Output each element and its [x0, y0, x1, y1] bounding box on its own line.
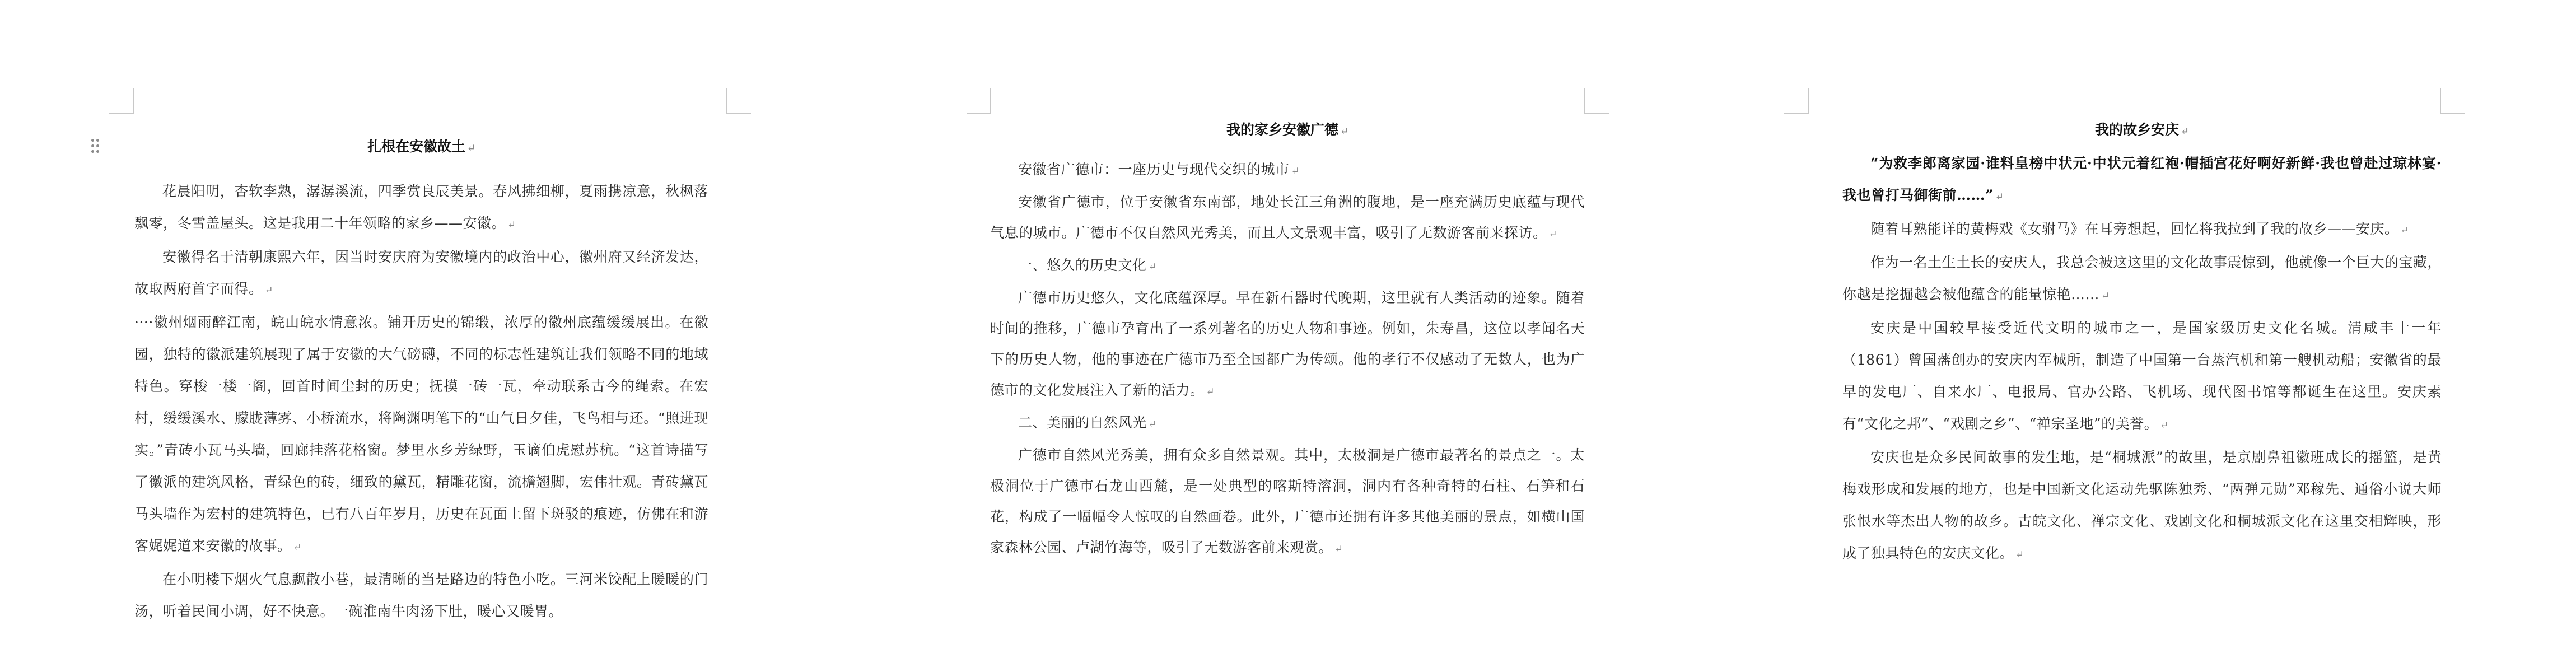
paragraph[interactable]: 安庆也是众多民间故事的发生地，是“桐城派”的故里，是京剧鼻祖徽班成长的摇篮，是黄… [1842, 441, 2442, 571]
paragraph-text: 在小明楼下烟火气息飘散小巷，最清晰的当是路边的特色小吃。三河米饺配上暖暖的门汤，… [134, 571, 708, 619]
paragraph-mark-icon: ↵ [1149, 261, 1158, 273]
page-3-title: 我的故乡安庆↵ [1842, 118, 2442, 144]
paragraph[interactable]: 随着耳熟能详的黄梅戏《女驸马》在耳旁想起，回忆将我拉到了我的故乡——安庆。↵ [1842, 213, 2442, 246]
paragraph-text: 安徽省广德市，位于安徽省东南部，地处长江三角洲的腹地，是一座充满历史底蕴与现代气… [990, 194, 1585, 241]
paragraph-mark-icon: ↵ [1334, 543, 1343, 555]
page3-corner-top-right [2440, 88, 2465, 114]
page-1-title-text: 扎根在安徽故土 [367, 138, 465, 155]
paragraph[interactable]: 安徽得名于清朝康熙六年，因当时安庆府为安徽境内的政治中心，徽州府又经济发达，故取… [134, 241, 708, 306]
page2-corner-top-right [1584, 88, 1609, 114]
section-heading[interactable]: 一、悠久的历史文化↵ [990, 250, 1585, 282]
heading-text: 二、美丽的自然风光 [1018, 414, 1147, 431]
paragraph-text: 广德市历史悠久，文化底蕴深厚。早在新石器时代晚期，这里就有人类活动的迹象。随着时… [990, 290, 1585, 398]
paragraph[interactable]: 安徽省广德市：一座历史与现代交织的城市↵ [990, 154, 1585, 186]
paragraph-mark-icon: ↵ [467, 142, 475, 154]
paragraph[interactable]: 作为一名土生土长的安庆人，我总会被这这里的文化故事震惊到，他就像一个巨大的宝藏，… [1842, 246, 2442, 312]
paragraph-mark-icon: ↵ [1149, 418, 1158, 430]
page1-corner-top-left [109, 88, 134, 114]
section-heading[interactable]: 二、美丽的自然风光↵ [990, 407, 1585, 440]
page-2: 我的家乡安徽广德↵ 安徽省广德市：一座历史与现代交织的城市↵ 安徽省广德市，位于… [990, 118, 1585, 564]
paragraph-mark-icon: ↵ [2181, 125, 2189, 137]
paragraph-mark-icon: ↵ [2401, 225, 2410, 236]
page-3-title-text: 我的故乡安庆 [2095, 122, 2179, 138]
paragraph-mark-icon: ↵ [1291, 165, 1300, 177]
paragraph-mark-icon: ↵ [1549, 228, 1558, 240]
paragraph[interactable]: 安徽省广德市，位于安徽省东南部，地处长江三角洲的腹地，是一座充满历史底蕴与现代气… [990, 186, 1585, 250]
page3-corner-top-left [1784, 88, 1809, 114]
paragraph[interactable]: 安庆是中国较早接受近代文明的城市之一，是国家级历史文化名城。清咸丰十一年（186… [1842, 312, 2442, 441]
paragraph[interactable]: 花晨阳明，杏软李熟，潺潺溪流，四季赏良辰美景。春风拂细柳，夏雨携凉意，秋枫落飘零… [134, 175, 708, 241]
paragraph-text: 安庆是中国较早接受近代文明的城市之一，是国家级历史文化名城。清咸丰十一年（186… [1842, 320, 2442, 432]
paragraph-text: 安徽得名于清朝康熙六年，因当时安庆府为安徽境内的政治中心，徽州府又经济发达，故取… [134, 249, 708, 297]
page-3: 我的故乡安庆↵ “为救李郎离家园·谁料皇榜中状元·中状元着红袍·帽插宫花好啊好新… [1842, 118, 2442, 571]
page-1: 扎根在安徽故土↵ 花晨阳明，杏软李熟，潺潺溪流，四季赏良辰美景。春风拂细柳，夏雨… [134, 134, 708, 627]
paragraph-text: 广德市自然风光秀美，拥有众多自然景观。其中，太极洞是广德市最著名的景点之一。太极… [990, 447, 1585, 556]
paragraph-text: 安庆也是众多民间故事的发生地，是“桐城派”的故里，是京剧鼻祖徽班成长的摇篮，是黄… [1842, 449, 2442, 561]
paragraph-mark-icon: ↵ [1340, 125, 1348, 137]
page-2-title: 我的家乡安徽广德↵ [990, 118, 1585, 144]
paragraph-text: 作为一名土生土长的安庆人，我总会被这这里的文化故事震惊到，他就像一个巨大的宝藏，… [1842, 254, 2442, 302]
drag-handle-icon[interactable] [91, 139, 100, 155]
paragraph-mark-icon: ↵ [1206, 386, 1215, 398]
paragraph[interactable]: ····徽州烟雨醉江南，皖山皖水情意浓。铺开历史的锦缎，浓厚的徽州底蕴缓缓展出。… [134, 306, 708, 563]
heading-text: 一、悠久的历史文化 [1018, 257, 1147, 273]
paragraph-mark-icon: ↵ [1995, 191, 2004, 203]
quote-text: “为救李郎离家园·谁料皇榜中状元·中状元着红袍·帽插宫花好啊好新鲜·我也曾赴过琼… [1842, 155, 2442, 203]
paragraph[interactable]: 在小明楼下烟火气息飘散小巷，最清晰的当是路边的特色小吃。三河米饺配上暖暖的门汤，… [134, 563, 708, 627]
page-1-title: 扎根在安徽故土↵ [134, 134, 708, 161]
paragraph-mark-icon: ↵ [265, 284, 274, 296]
paragraph-mark-icon: ↵ [2015, 549, 2024, 561]
page1-corner-top-right [726, 88, 751, 114]
paragraph[interactable]: 广德市历史悠久，文化底蕴深厚。早在新石器时代晚期，这里就有人类活动的迹象。随着时… [990, 282, 1585, 407]
paragraph-text: 花晨阳明，杏软李熟，潺潺溪流，四季赏良辰美景。春风拂细柳，夏雨携凉意，秋枫落飘零… [134, 183, 708, 231]
paragraph-mark-icon: ↵ [507, 219, 516, 231]
paragraph-mark-icon: ↵ [2101, 290, 2110, 302]
paragraph-mark-icon: ↵ [2160, 419, 2169, 431]
paragraph[interactable]: 广德市自然风光秀美，拥有众多自然景观。其中，太极洞是广德市最著名的景点之一。太极… [990, 440, 1585, 564]
page-2-title-text: 我的家乡安徽广德 [1226, 122, 1338, 138]
paragraph-text: 安徽省广德市：一座历史与现代交织的城市 [1018, 161, 1290, 178]
page2-corner-top-left [967, 88, 991, 114]
paragraph-text: ····徽州烟雨醉江南，皖山皖水情意浓。铺开历史的锦缎，浓厚的徽州底蕴缓缓展出。… [134, 314, 708, 554]
paragraph-text: 随着耳熟能详的黄梅戏《女驸马》在耳旁想起，回忆将我拉到了我的故乡——安庆。 [1870, 221, 2399, 237]
quote-paragraph[interactable]: “为救李郎离家园·谁料皇榜中状元·中状元着红袍·帽插宫花好啊好新鲜·我也曾赴过琼… [1842, 147, 2442, 213]
paragraph-mark-icon: ↵ [293, 542, 302, 553]
